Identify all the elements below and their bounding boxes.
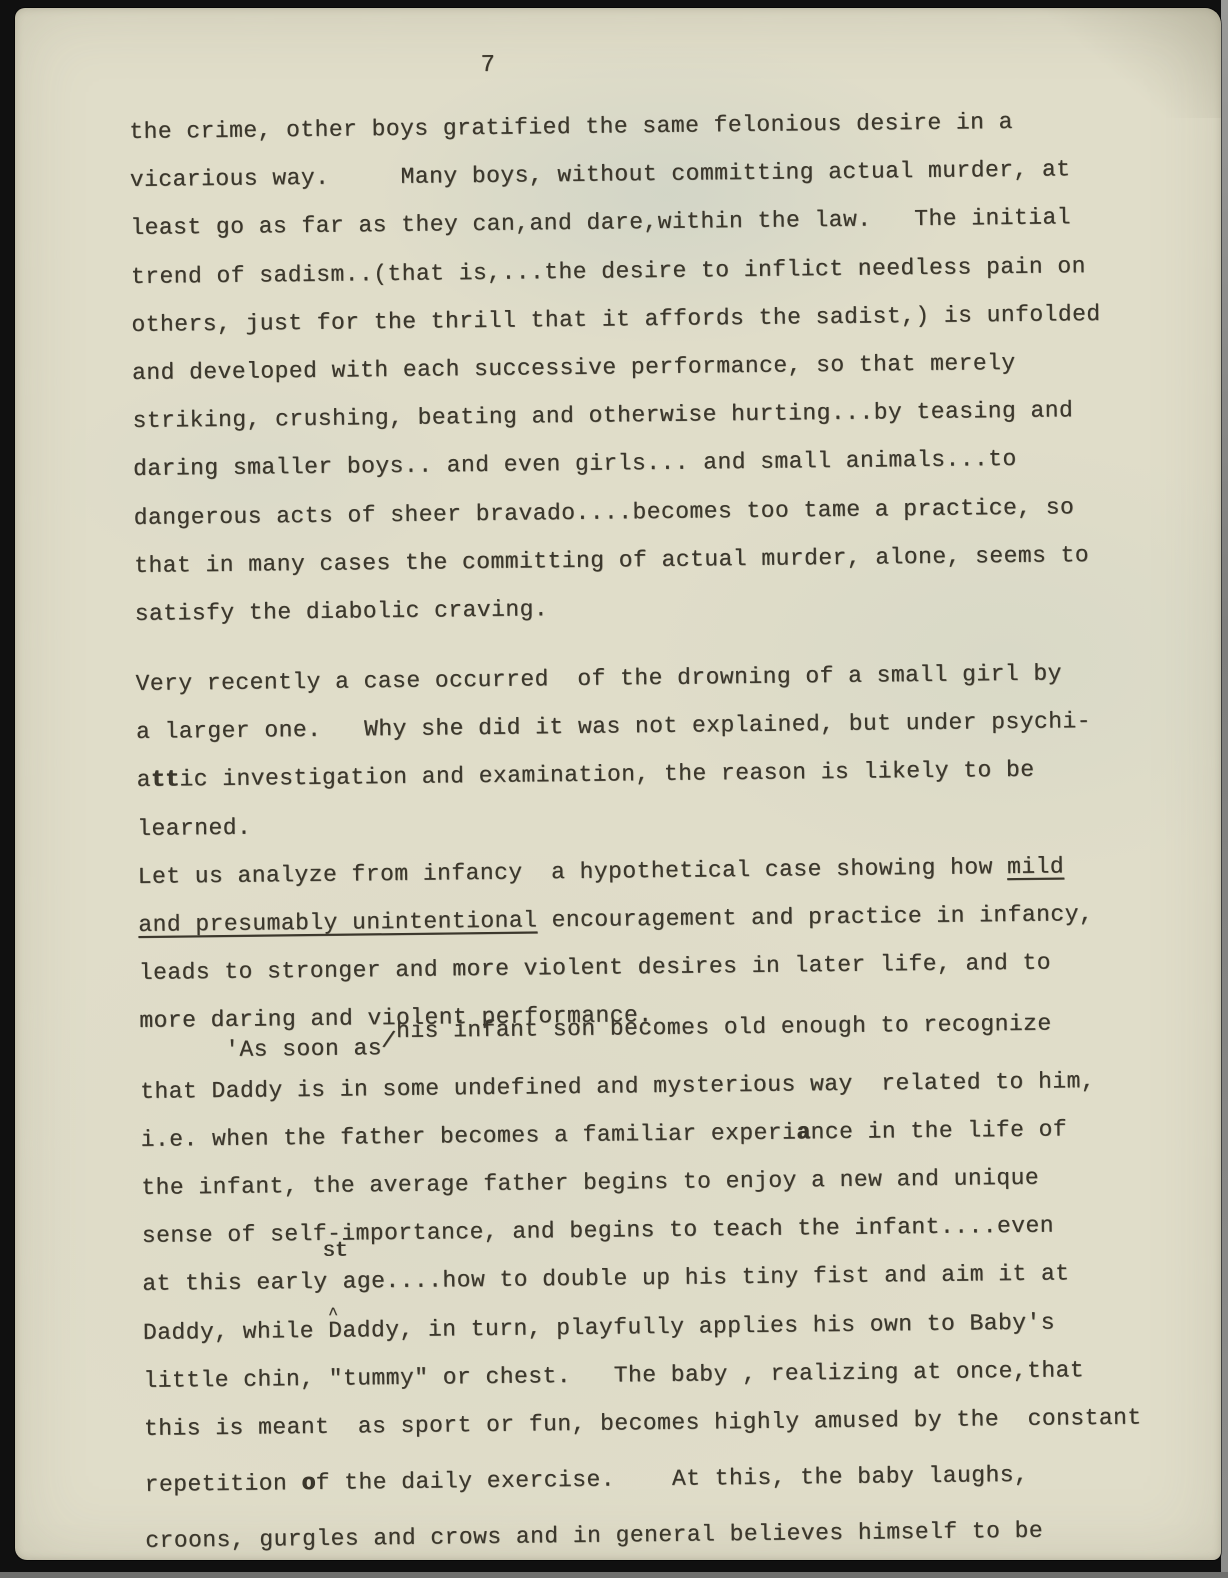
text-segment: Very recently a case occurred of the dro… — [135, 661, 1062, 698]
text-segment: least go as far as they can,and dare,wit… — [130, 205, 1071, 242]
text-segment: the crime, other boys gratified the same… — [129, 109, 1013, 145]
text-segment: at this early — [142, 1269, 328, 1297]
text-segment: and developed with each successive perfo… — [132, 350, 1016, 386]
text-segment: leads to stronger and more violent desir… — [139, 950, 1051, 986]
text-segment: Let us analyze from infancy a hypothetic… — [138, 854, 1008, 890]
text-segment: croons, gurgles and crows and in general… — [145, 1518, 1043, 1554]
text-segment: repetition — [144, 1470, 301, 1498]
scan-bottom-edge — [0, 1572, 1228, 1578]
text-segment: his infant son becomes old enough to rec… — [396, 1006, 1052, 1047]
text-segment: tt — [151, 767, 180, 793]
text-segment: encouragement and practice in infancy, — [537, 901, 1093, 933]
text-segment: little chin, "tummy" or chest. The baby … — [143, 1357, 1084, 1394]
caret-insertion: st^ — [327, 1265, 342, 1288]
text-segment: sense of self-importance, and begins to … — [142, 1213, 1054, 1249]
text-segment: learned. — [137, 814, 251, 841]
document-lines: the crime, other boys gratified the same… — [129, 96, 1205, 1560]
text-segment: i.e. when the father becomes a familiar … — [141, 1119, 797, 1152]
typewritten-text-block: 7 the crime, other boys gratified the sa… — [129, 96, 1205, 1560]
text-segment: age....how to double up his tiny fist an… — [342, 1261, 1069, 1295]
scan-frame: 7 the crime, other boys gratified the sa… — [0, 0, 1228, 1578]
text-segment: daring smaller boys.. and even girls... … — [133, 446, 1017, 482]
text-segment: vicarious way. Many boys, without commit… — [130, 157, 1071, 194]
text-segment: mild — [1007, 853, 1064, 880]
text-segment: 'As soon as — [140, 1035, 383, 1064]
text-segment: ic investigation and examination, the re… — [179, 757, 1034, 793]
text-segment: that in many cases the committing of act… — [134, 542, 1089, 579]
text-segment: dangerous acts of sheer bravado....becom… — [133, 494, 1074, 531]
page-number: 7 — [480, 52, 495, 79]
text-segment: striking, crushing, beating and otherwis… — [132, 397, 1073, 434]
text-segment: that Daddy is in some undefined and myst… — [140, 1068, 1095, 1105]
text-segment: the infant, the average father begins to… — [141, 1165, 1039, 1201]
text-segment: Daddy, while Daddy, in turn, playfully a… — [143, 1309, 1055, 1345]
text-segment: a — [136, 767, 151, 793]
scan-right-edge — [1221, 0, 1228, 1578]
text-line: croons, gurgles and crows and in general… — [145, 1505, 1205, 1560]
paper-sheet: 7 the crime, other boys gratified the sa… — [15, 8, 1221, 1560]
text-segment: satisfy the diabolic craving. — [135, 596, 549, 627]
caret-mark: ^ — [328, 1292, 339, 1340]
text-segment: trend of sadism..(that is,...the desire … — [131, 253, 1086, 290]
text-segment: nce in the life of — [810, 1116, 1067, 1145]
text-segment: f the daily exercise. At this, the baby … — [316, 1462, 1029, 1496]
text-segment: a — [796, 1119, 811, 1145]
text-segment: this is meant as sport or fun, becomes h… — [144, 1404, 1142, 1441]
text-segment: o — [301, 1470, 316, 1496]
text-segment: a larger one. Why she did it was not exp… — [136, 708, 1091, 745]
text-segment: and presumably unintentional — [138, 907, 537, 938]
text-line: repetition of the daily exercise. At thi… — [144, 1449, 1204, 1509]
text-segment: others, just for the thrill that it affo… — [131, 301, 1100, 338]
